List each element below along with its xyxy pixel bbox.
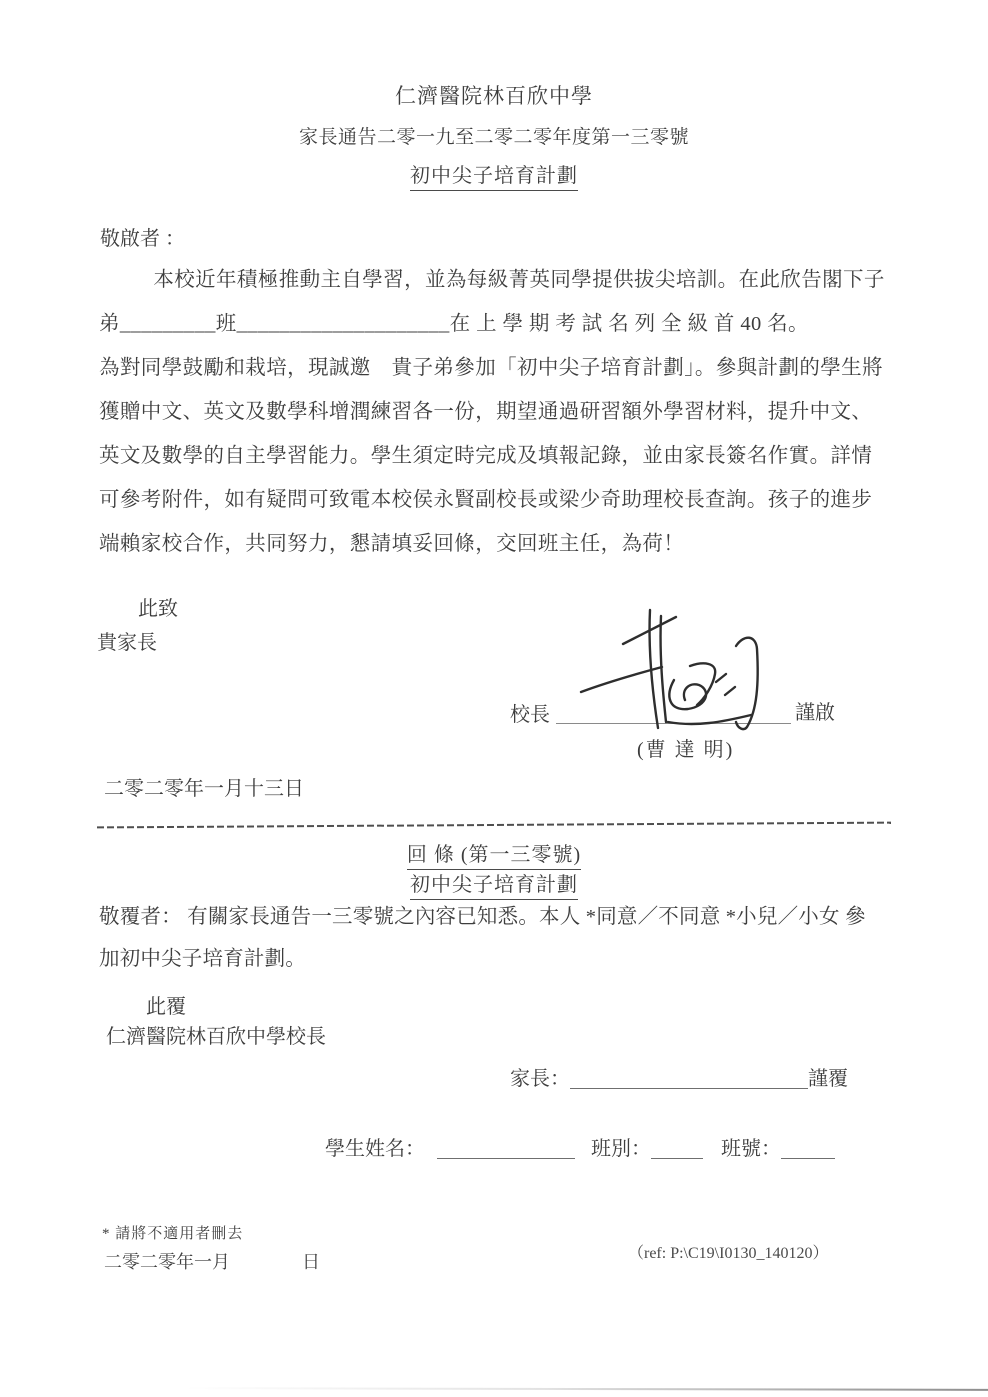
letter-body-line: 本校近年積極推動主自學習，並為每級菁英同學提供拔尖培訓。在此欣告閣下子 — [99, 258, 899, 302]
letter-body-line: 英文及數學的自主學習能力。學生須定時完成及填報記錄，並由家長簽名作實。詳情 — [99, 434, 899, 478]
parent-signature-row: 家長：謹覆 — [510, 1062, 848, 1091]
principal-name: (曹 達 明) — [637, 733, 734, 762]
letter-body-line: 獲贈中文、英文及數學科增潤練習各一份，期望通過研習額外學習材料，提升中文、 — [99, 390, 899, 434]
parent-label: 家長： — [510, 1068, 570, 1090]
notice-number-line: 家長通告二零一九至二零二零年度第一三零號 — [0, 122, 988, 149]
student-name-blank — [437, 1138, 575, 1159]
signature-suffix: 謹啟 — [795, 696, 835, 725]
letter-body-line: 端賴家校合作，共同努力，懇請填妥回條，交回班主任，為荷！ — [99, 522, 899, 566]
reply-date-month: 二零二零年一月 — [104, 1252, 230, 1272]
letter-body: 本校近年積極推動主自學習，並為每級菁英同學提供拔尖培訓。在此欣告閣下子弟____… — [99, 258, 899, 566]
letter-date: 二零二零年一月十三日 — [104, 772, 304, 801]
delete-as-appropriate-footnote: * 請將不適用者刪去 — [102, 1222, 243, 1243]
reply-body-line: 敬覆者： 有關家長通告一三零號之內容已知悉。本人 *同意／不同意 *小兒／小女 … — [99, 896, 909, 938]
reply-date-row: 二零二零年一月日 — [104, 1248, 320, 1274]
parent-suffix: 謹覆 — [808, 1068, 848, 1090]
class-blank — [651, 1138, 703, 1159]
salutation: 敬啟者 ： — [100, 222, 185, 251]
reply-slip-title: 回 條 (第一三零號) — [407, 838, 581, 870]
letter-body-line: 可參考附件，如有疑問可致電本校侯永賢副校長或梁少奇助理校長查詢。孩子的進步 — [99, 478, 899, 522]
reply-addressee: 仁濟醫院林百欣中學校長 — [106, 1020, 326, 1049]
closing-recipient: 貴家長 — [97, 626, 157, 655]
letter-body-line: 為對同學鼓勵和栽培，現誠邀 貴子弟參加「初中尖子培育計劃」。參與計劃的學生將 — [99, 346, 899, 390]
class-no-blank — [781, 1138, 835, 1159]
parent-signature-blank — [570, 1068, 808, 1089]
reply-body-line: 加初中尖子培育計劃。 — [99, 938, 909, 980]
reply-body: 敬覆者： 有關家長通告一三零號之內容已知悉。本人 *同意／不同意 *小兒／小女 … — [99, 896, 909, 980]
letter-body-line: 弟_________班____________________在 上 學 期 考… — [99, 302, 899, 346]
principal-handwritten-signature — [578, 604, 793, 742]
closing-cishi: 此致 — [138, 592, 178, 621]
student-info-row: 學生姓名：班別：班號： — [325, 1132, 835, 1161]
scanned-school-notice: 仁濟醫院林百欣中學 家長通告二零一九至二零二零年度第一三零號 初中尖子培育計劃 … — [0, 0, 988, 1397]
principal-label: 校長 — [510, 698, 550, 727]
reply-date-day: 日 — [302, 1252, 320, 1272]
notice-header: 仁濟醫院林百欣中學 家長通告二零一九至二零二零年度第一三零號 初中尖子培育計劃 — [0, 80, 988, 191]
class-no-label: 班號： — [721, 1138, 781, 1160]
reference-code: （ref: P:\C19\I0130_140120） — [628, 1240, 828, 1263]
scanner-edge-artifact — [185, 1387, 988, 1391]
notice-title: 初中尖子培育計劃 — [410, 159, 578, 191]
reply-cifu: 此覆 — [146, 990, 186, 1019]
student-name-label: 學生姓名： — [325, 1138, 425, 1160]
class-label: 班別： — [591, 1138, 651, 1160]
school-name: 仁濟醫院林百欣中學 — [0, 80, 988, 110]
tear-off-separator — [97, 822, 891, 829]
